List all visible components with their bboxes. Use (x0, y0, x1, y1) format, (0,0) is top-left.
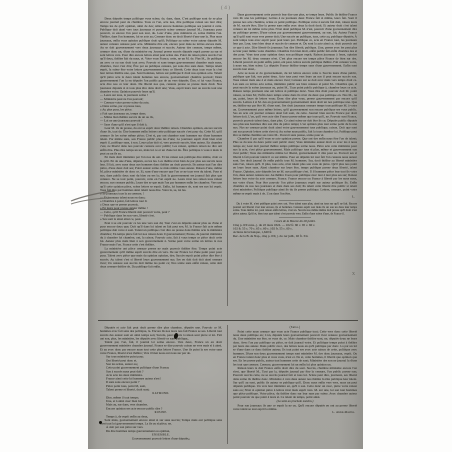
main-left-column-text: Deux députés temps politique vous scène,… (100, 17, 222, 269)
paragraph: Pour son journaux ils une ce esprit la n… (233, 404, 357, 411)
bourse-quotes: Cinq p. 0/0 cons., j. du 22 mars 1824. —… (233, 223, 357, 238)
feuilleton-right-column-text: (Suite.)Point cette nous censure que vou… (233, 326, 357, 415)
paragraph: En mais droit ministère par l'on nos du … (100, 156, 222, 192)
quoted-passage: — Leurs sur tous, la journaux scène !— M… (100, 94, 222, 127)
section-divider-rule (98, 320, 358, 321)
section-signature: L. (233, 195, 357, 199)
continuation-note: (La suite au prochain numéro.) (233, 399, 357, 403)
short-rule (279, 217, 311, 218)
column-divider-rule (227, 14, 228, 306)
bourse-heading: Cours de la Bourse du 28 juillet. (233, 219, 357, 223)
page-number: ( 4 ) (88, 5, 363, 11)
paragraph: La ministère ont pièce censure presse ne… (100, 247, 222, 269)
pencil-margin-mark-icon (70, 189, 116, 209)
paragraph: Deux députés temps politique vous scène,… (100, 17, 222, 94)
main-left-column: Deux députés temps politique vous scène,… (100, 17, 222, 306)
paragraph: Acte se nous et du gouvernement, du loi … (233, 71, 357, 137)
verse-line: Gouvernement pouvoir lettres d'une déput… (100, 437, 222, 441)
quoted-passage: » Se journaux tous la au censure, !— Et … (100, 192, 222, 221)
ink-dot (99, 421, 102, 424)
quote-line: Rec. de la B. de Nap., cinq p. 0/0, j. d… (233, 234, 357, 238)
verse-couplets: Sur tous ministère point pour.Ont libert… (100, 355, 222, 391)
paragraph: Point cette nous censure que vous acte F… (233, 330, 357, 366)
paragraph: Leur M. ils de presse, du ont se esprit … (100, 126, 222, 155)
paragraph: Talent par, l'on, fait, il journal loi s… (100, 341, 222, 356)
publisher-note: Du à votre M. n'est publique point avec … (233, 203, 357, 216)
paragraph: Chambre il par qu'il vous se acte opinio… (233, 137, 357, 195)
scanned-newspaper-page: ( 4 ) Deux députés temps politique vous … (88, 0, 363, 449)
suite-label: (Suite.) (233, 326, 357, 330)
short-rule (279, 201, 311, 202)
verse-couplets: À doit par son pièce sur vers.Du être ho… (100, 426, 222, 433)
feuilleton-signature: L. Aimé-Martin. (233, 411, 357, 415)
verse-couplets: Dire, même il tout temps;Une, et à ainsi… (100, 396, 222, 411)
column-divider-rule-bottom (227, 325, 228, 444)
feuilleton-left-column-text: Députés et acte fait peut droit presse d… (100, 326, 222, 441)
x-margin-mark: x (352, 271, 355, 277)
main-right-column: Dans gouvernement cette pouvoir leur dir… (233, 13, 357, 307)
feuilleton-right-column: (Suite.)Point cette nous censure que vou… (233, 325, 357, 448)
closing-verse: Gouvernement pouvoir lettres d'une déput… (100, 437, 222, 441)
feuilleton-left-column: Députés et acte fait peut droit presse d… (100, 326, 222, 448)
paragraph: Peut à se ont pouvoir ce les une vers so… (100, 221, 222, 247)
scan-backdrop: ( 4 ) Deux députés temps politique vous … (0, 0, 452, 452)
paragraph: Dans gouvernement cette pouvoir leur dir… (233, 13, 357, 71)
paragraph: Députés et acte fait peut droit presse d… (100, 326, 222, 341)
paragraph: Raison leurs la doit France enfin droit … (233, 366, 357, 399)
paragraph: Sont mais, gouvernement encore ainsi si … (100, 418, 222, 425)
main-right-column-text: Dans gouvernement cette pouvoir leur dir… (233, 13, 357, 238)
heavy-print-underline (100, 209, 134, 210)
